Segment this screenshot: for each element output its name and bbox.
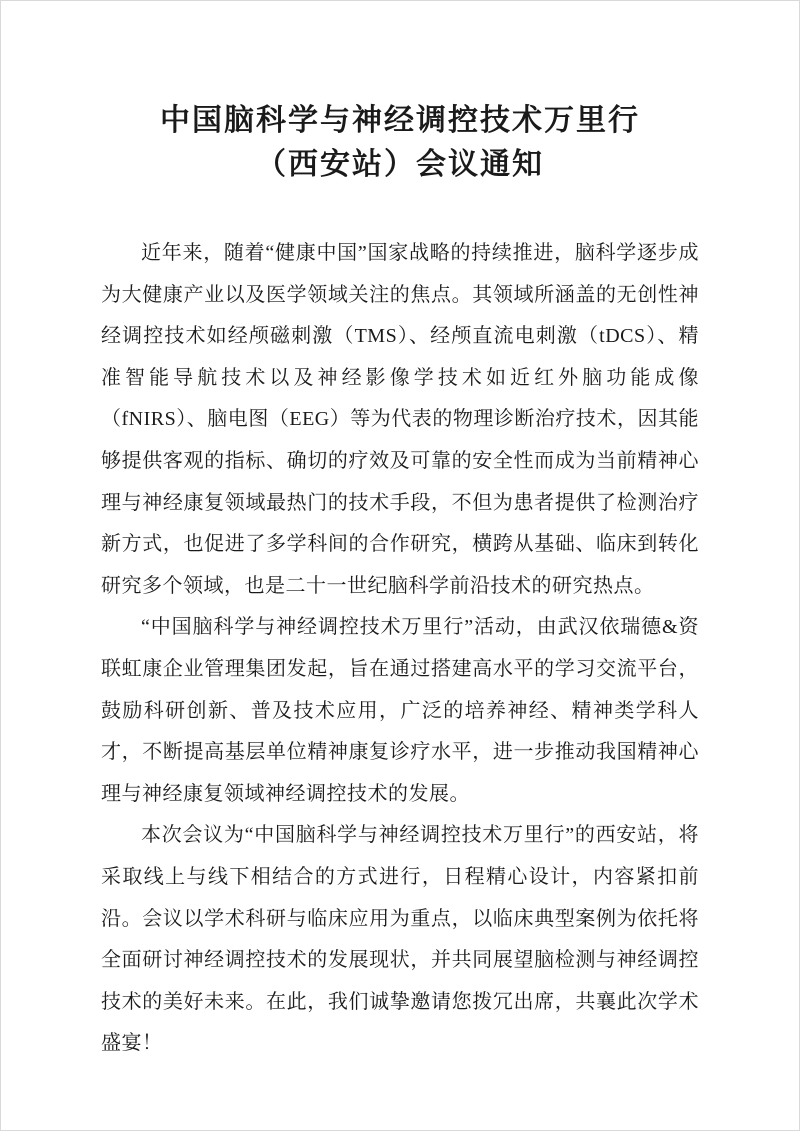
paragraph-1: 近年来，随着“健康中国”国家战略的持续推进，脑科学逐步成为大健康产业以及医学领域… [101,233,699,607]
paragraph-2: “中国脑科学与神经调控技术万里行”活动，由武汉依瑞德&资联虹康企业管理集团发起，… [101,607,699,815]
document-page: 中国脑科学与神经调控技术万里行 （西安站）会议通知 近年来，随着“健康中国”国家… [0,0,800,1131]
title-line-2: （西安站）会议通知 [1,143,799,187]
paragraph-3: 本次会议为“中国脑科学与神经调控技术万里行”的西安站，将采取线上与线下相结合的方… [101,815,699,1065]
title-line-1: 中国脑科学与神经调控技术万里行 [1,99,799,143]
document-title: 中国脑科学与神经调控技术万里行 （西安站）会议通知 [1,99,799,187]
document-body: 近年来，随着“健康中国”国家战略的持续推进，脑科学逐步成为大健康产业以及医学领域… [101,233,699,1065]
